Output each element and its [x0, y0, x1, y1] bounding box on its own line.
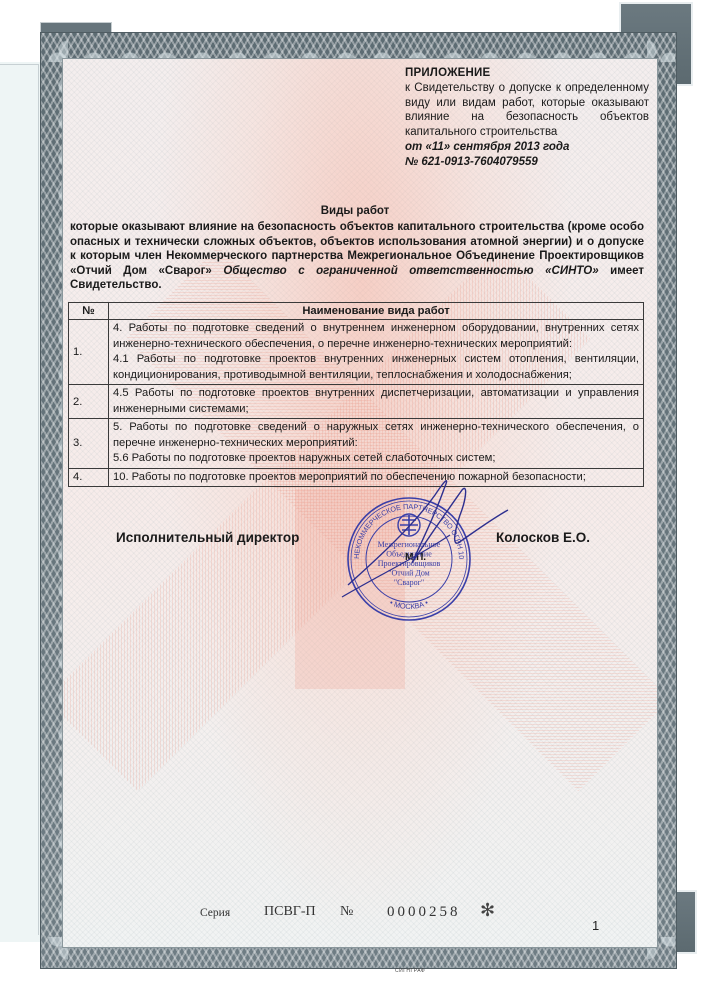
work-type-line: 5. Работы по подготовке сведений о наруж…	[113, 420, 639, 451]
row-work-type: 5. Работы по подготовке сведений о наруж…	[109, 419, 644, 469]
signatory-name: Колосков Е.О.	[496, 530, 590, 545]
table-header-row: № Наименование вида работ	[69, 303, 644, 320]
series-number: 0000258	[387, 904, 461, 921]
work-type-line: 4.5 Работы по подготовке проектов внутре…	[113, 386, 639, 417]
appendix-date: от «11» сентября 2013 года	[405, 140, 649, 155]
row-number: 1.	[69, 320, 109, 385]
series-number-label: №	[340, 904, 353, 920]
row-work-type: 4. Работы по подготовке сведений о внутр…	[109, 320, 644, 385]
works-title: Виды работ	[70, 205, 640, 217]
signatory-position: Исполнительный директор	[116, 530, 299, 545]
page-number: 1	[592, 918, 599, 933]
row-number: 4.	[69, 468, 109, 487]
series-value: ПСВГ-П	[264, 904, 316, 920]
works-table: № Наименование вида работ 1.4. Работы по…	[68, 302, 644, 487]
table-row: 2.4.5 Работы по подготовке проектов внут…	[69, 385, 644, 419]
table-row: 3.5. Работы по подготовке сведений о нар…	[69, 419, 644, 469]
appendix-header: ПРИЛОЖЕНИЕ к Свидетельству о допуске к о…	[405, 66, 649, 170]
row-work-type: 4.5 Работы по подготовке проектов внутре…	[109, 385, 644, 419]
left-page-inner	[0, 64, 39, 935]
printer-mark: СИГНГРАФ	[395, 968, 425, 974]
asterisk-icon: ✻	[480, 900, 495, 921]
row-number: 3.	[69, 419, 109, 469]
row-number: 2.	[69, 385, 109, 419]
company-name: Общество с ограниченной ответственностью…	[223, 265, 598, 277]
work-type-line: 5.6 Работы по подготовке проектов наружн…	[113, 451, 639, 467]
header-name: Наименование вида работ	[109, 303, 644, 320]
work-type-line: 4. Работы по подготовке сведений о внутр…	[113, 321, 639, 352]
handwritten-signature	[340, 475, 510, 605]
appendix-title: ПРИЛОЖЕНИЕ	[405, 66, 649, 81]
work-type-line: 4.1 Работы по подготовке проектов внутре…	[113, 352, 639, 383]
header-number: №	[69, 303, 109, 320]
appendix-body: к Свидетельству о допуске к определенном…	[405, 81, 649, 140]
series-label: Серия	[200, 907, 230, 919]
table-row: 1.4. Работы по подготовке сведений о вну…	[69, 320, 644, 385]
works-description: которые оказывают влияние на безопасност…	[70, 220, 644, 293]
appendix-number: № 621-0913-7604079559	[405, 155, 649, 170]
